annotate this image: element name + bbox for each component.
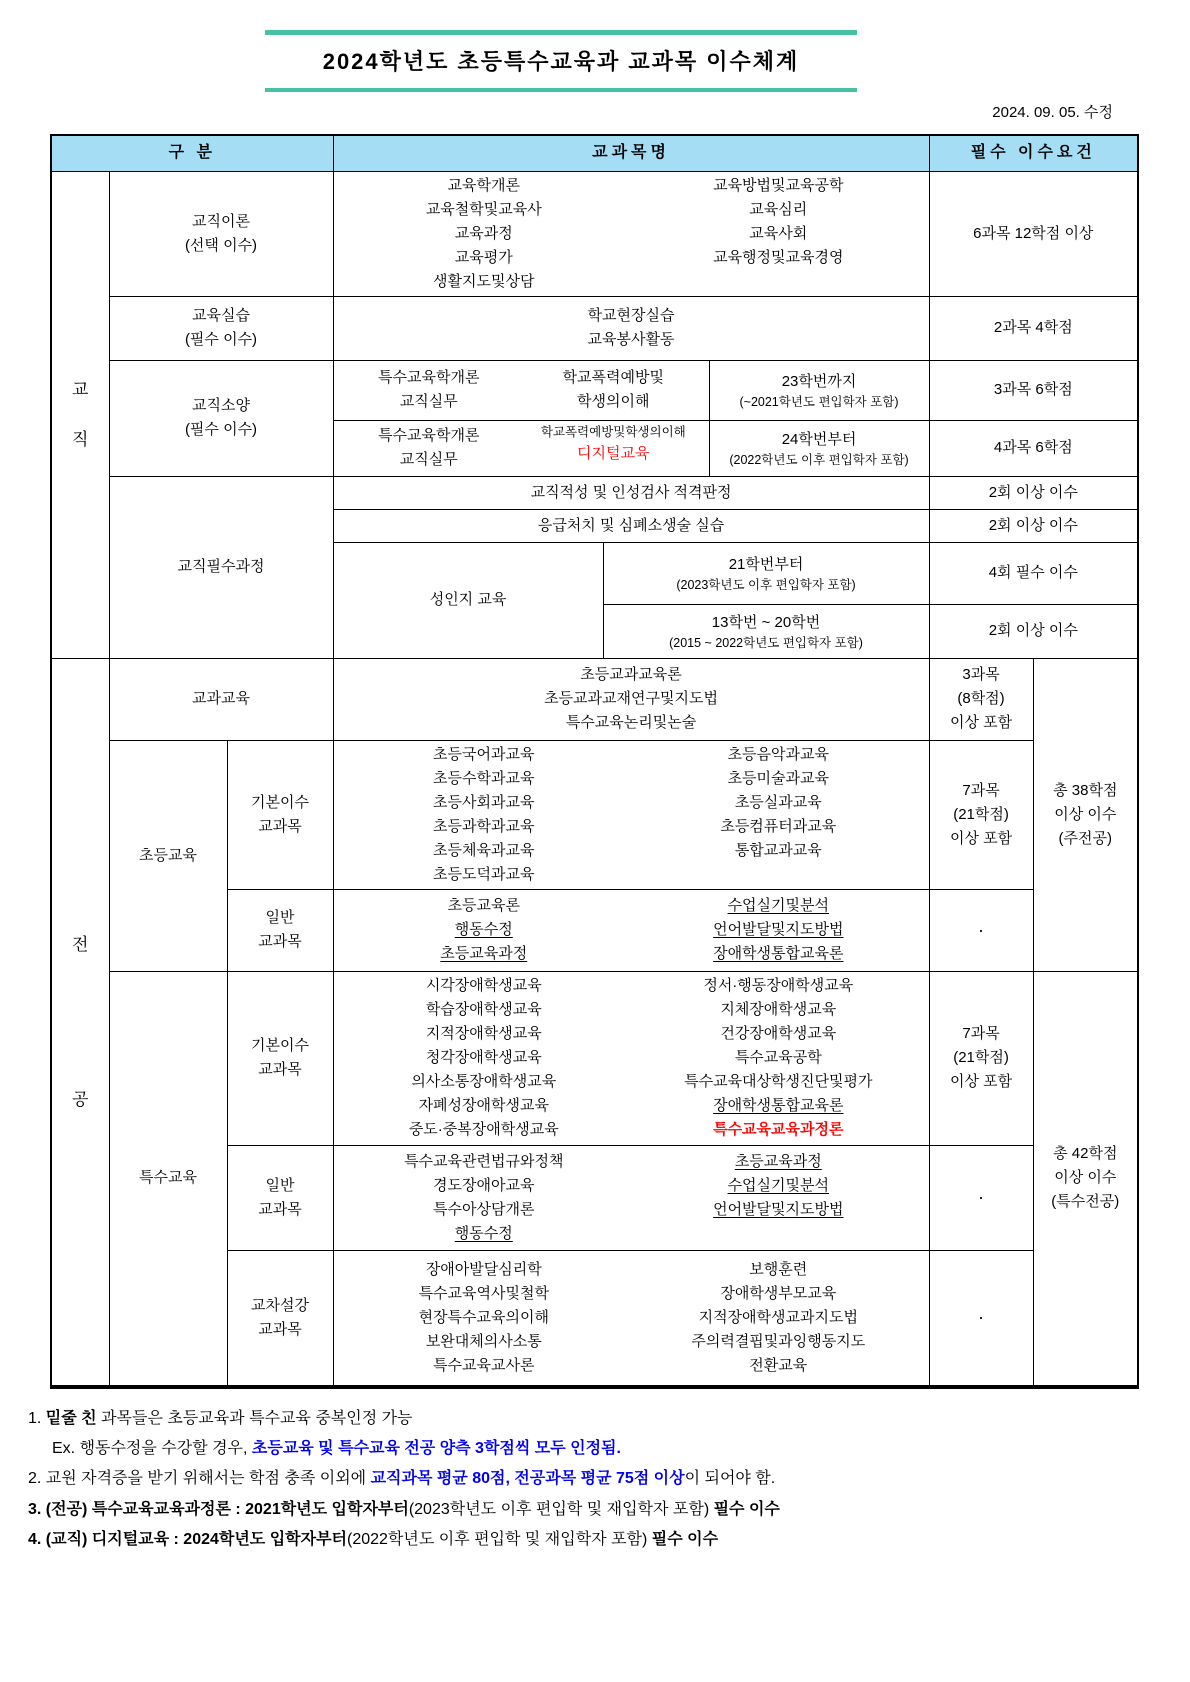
- course-item: 초등실과교육: [631, 791, 926, 815]
- courses-theory: 교육학개론교육철학및교육사교육과정교육평가생활지도및상담 교육방법및교육공학교육…: [333, 171, 929, 296]
- group-label-teaching: 교 직: [51, 171, 109, 658]
- course-item: 주의력결핍및과잉행동지도: [631, 1330, 926, 1354]
- subcategory-special-basic: 기본이수 교과목: [227, 971, 333, 1145]
- courses-theory-right: 교육방법및교육공학교육심리교육사회교육행정및교육경영: [631, 174, 926, 270]
- text-segment: Ex. 행동수정을 수강할 경우,: [52, 1440, 252, 1457]
- cohort-gender-13-note: (2015 ~ 2022학년도 편입학자 포함): [607, 635, 926, 651]
- row-special-basic: 특수교육 기본이수 교과목 시각장애학생교육학습장애학생교육지적장애학생교육청각…: [51, 971, 1138, 1145]
- course-item: 장애학생통합교육론: [631, 942, 926, 966]
- req-soyang-b: 4과목 6학점: [929, 420, 1138, 476]
- cohort-gender-21-note: (2023학년도 이후 편입학자 포함): [607, 577, 926, 593]
- req-elementary-basic: 7과목 (21학점) 이상 포함: [929, 740, 1033, 889]
- course-item: 통합교과교육: [631, 839, 926, 863]
- course-item: 수업실기및분석: [631, 894, 926, 918]
- course-item: 특수아상담개론: [337, 1198, 632, 1222]
- course-item: 초등미술과교육: [631, 767, 926, 791]
- course-item: 학교폭력예방및: [521, 366, 706, 390]
- req-gender-21: 4회 필수 이수: [929, 542, 1138, 604]
- subcategory-elementary-basic: 기본이수 교과목: [227, 740, 333, 889]
- text-segment: 밑줄 친: [46, 1410, 97, 1427]
- course-item: 특수교육학개론: [337, 424, 522, 448]
- course-item: 초등교육론: [337, 894, 632, 918]
- footnote-4: 4. (교직) 디지털교육 : 2024학년도 입학자부터(2022학년도 이후…: [28, 1528, 1190, 1551]
- course-item: 교직실무: [337, 390, 522, 414]
- req-gender-13: 2회 이상 이수: [929, 604, 1138, 658]
- cohort-gender-21: 21학번부터 (2023학년도 이후 편입학자 포함): [603, 542, 929, 604]
- course-item: 수업실기및분석: [631, 1174, 926, 1198]
- course-aptitude: 교직적성 및 인성검사 적격판정: [333, 476, 929, 509]
- courses-special-general-left: 특수교육관련법규와정책경도장애아교육특수아상담개론행동수정: [337, 1150, 632, 1246]
- course-item: 지적장애학생교과지도법: [631, 1306, 926, 1330]
- course-item: 디지털교육: [521, 442, 706, 466]
- course-item: 교육철학및교육사: [337, 198, 632, 222]
- course-item: 청각장애학생교육: [337, 1046, 632, 1070]
- course-item: 학교폭력예방및학생의이해: [521, 424, 706, 442]
- course-item: 특수교육공학: [631, 1046, 926, 1070]
- course-item: 행동수정: [337, 1222, 632, 1246]
- course-item: 초등교과교재연구및지도법: [337, 687, 926, 711]
- courses-subject-edu: 초등교과교육론초등교과교재연구및지도법특수교육논리및논술: [333, 658, 929, 740]
- cohort-soyang-b: 24학번부터 (2022학년도 이후 편입학자 포함): [709, 420, 929, 476]
- course-item: 특수교육논리및논술: [337, 711, 926, 735]
- subcategory-special-cross: 교차설강 교과목: [227, 1250, 333, 1387]
- row-elementary-basic: 초등교육 기본이수 교과목 초등국어과교육초등수학과교육초등사회과교육초등과학과…: [51, 740, 1138, 889]
- course-item: 특수교육관련법규와정책: [337, 1150, 632, 1174]
- text-segment: (2022학년도 이후 편입학 및 재입학자 포함): [347, 1531, 652, 1548]
- course-item: 특수교육교육과정론: [631, 1118, 926, 1142]
- total-special-major: 총 42학점 이상 이수 (특수전공): [1033, 971, 1138, 1387]
- header-category: 구 분: [51, 135, 333, 171]
- category-special: 특수교육: [109, 971, 227, 1387]
- req-cpr: 2회 이상 이수: [929, 509, 1138, 542]
- footnote-example: Ex. 행동수정을 수강할 경우, 초등교육 및 특수교육 전공 양측 3학점씩…: [28, 1437, 1190, 1460]
- course-item: 교육평가: [337, 246, 632, 270]
- category-subject-edu: 교과교육: [109, 658, 333, 740]
- req-special-general: ·: [929, 1145, 1033, 1250]
- course-item: 중도·중복장애학생교육: [337, 1118, 632, 1142]
- text-segment: 3. (전공) 특수교육교육과정론 : 2021학년도 입학자부터: [28, 1501, 409, 1518]
- req-practice: 2과목 4학점: [929, 296, 1138, 360]
- courses-special-cross: 장애아발달심리학특수교육역사및철학현장특수교육의이해보완대체의사소통특수교육교사…: [333, 1250, 929, 1387]
- footnote-1: 1. 밑줄 친 과목들은 초등교육과 특수교육 중복인정 가능: [28, 1407, 1190, 1430]
- courses-soyang-b-right: 학교폭력예방및학생의이해디지털교육: [521, 424, 706, 466]
- footnote-2: 2. 교원 자격증을 받기 위해서는 학점 충족 이외에 교직과목 평균 80점…: [28, 1467, 1190, 1490]
- courses-elementary-general-right: 수업실기및분석언어발달및지도방법장애학생통합교육론: [631, 894, 926, 966]
- category-required-course: 교직필수과정: [109, 476, 333, 658]
- req-theory: 6과목 12학점 이상: [929, 171, 1138, 296]
- course-item: 경도장애아교육: [337, 1174, 632, 1198]
- cohort-soyang-b-label: 24학번부터: [782, 431, 857, 448]
- category-theory: 교직이론 (선택 이수): [109, 171, 333, 296]
- course-item: 교직실무: [337, 448, 522, 472]
- subcategory-elementary-general: 일반 교과목: [227, 889, 333, 971]
- course-item: 학교현장실습: [337, 304, 926, 328]
- cohort-gender-13-label: 13학번 ~ 20학번: [712, 614, 820, 631]
- course-item: 보완대체의사소통: [337, 1330, 632, 1354]
- curriculum-table: 구 분 교과목명 필수 이수요건 교 직 교직이론 (선택 이수) 교육학개론교…: [50, 134, 1139, 1389]
- courses-soyang-b-left: 특수교육학개론교직실무: [337, 424, 522, 472]
- row-practice: 교육실습 (필수 이수) 학교현장실습교육봉사활동 2과목 4학점: [51, 296, 1138, 360]
- cohort-soyang-b-note: (2022학년도 이후 편입학자 포함): [713, 452, 926, 468]
- courses-special-basic-left: 시각장애학생교육학습장애학생교육지적장애학생교육청각장애학생교육의사소통장애학생…: [337, 974, 632, 1142]
- course-item: 초등교과교육론: [337, 663, 926, 687]
- course-item: 초등음악과교육: [631, 743, 926, 767]
- text-segment: 과목들은 초등교육과 특수교육 중복인정 가능: [97, 1410, 413, 1427]
- footnote-3: 3. (전공) 특수교육교육과정론 : 2021학년도 입학자부터(2023학년…: [28, 1498, 1190, 1521]
- req-special-cross: ·: [929, 1250, 1033, 1387]
- text-segment: (2023학년도 이후 편입학 및 재입학자 포함): [409, 1501, 714, 1518]
- courses-theory-left: 교육학개론교육철학및교육사교육과정교육평가생활지도및상담: [337, 174, 632, 294]
- title-block: 2024학년도 초등특수교육과 교과목 이수체계: [265, 30, 857, 92]
- courses-special-cross-left: 장애아발달심리학특수교육역사및철학현장특수교육의이해보완대체의사소통특수교육교사…: [337, 1258, 632, 1378]
- cohort-soyang-a: 23학번까지 (~2021학년도 편입학자 포함): [709, 360, 929, 420]
- course-item: 보행훈련: [631, 1258, 926, 1282]
- course-item: 학생의이해: [521, 390, 706, 414]
- course-item: 교육방법및교육공학: [631, 174, 926, 198]
- row-soyang-a: 교직소양 (필수 이수) 특수교육학개론교직실무 학교폭력예방및학생의이해 23…: [51, 360, 1138, 420]
- course-item: 지체장애학생교육: [631, 998, 926, 1022]
- text-segment: 초등교육 및 특수교육 전공 양측 3학점씩 모두 인정됨.: [252, 1440, 621, 1457]
- courses-elementary-basic-left: 초등국어과교육초등수학과교육초등사회과교육초등과학과교육초등체육과교육초등도덕과…: [337, 743, 632, 887]
- courses-elementary-general-left: 초등교육론행동수정초등교육과정: [337, 894, 632, 966]
- text-segment: 1.: [28, 1410, 46, 1427]
- course-item: 장애학생통합교육론: [631, 1094, 926, 1118]
- cohort-soyang-a-label: 23학번까지: [782, 373, 857, 390]
- course-item: 초등컴퓨터과교육: [631, 815, 926, 839]
- course-item: 학습장애학생교육: [337, 998, 632, 1022]
- row-theory: 교 직 교직이론 (선택 이수) 교육학개론교육철학및교육사교육과정교육평가생활…: [51, 171, 1138, 296]
- courses-special-general-right: 초등교육과정수업실기및분석언어발달및지도방법: [631, 1150, 926, 1222]
- header-requirement: 필수 이수요건: [929, 135, 1138, 171]
- req-special-basic: 7과목 (21학점) 이상 포함: [929, 971, 1033, 1145]
- courses-soyang-a-right: 학교폭력예방및학생의이해: [521, 366, 706, 414]
- text-segment: 이 되어야 함.: [685, 1470, 776, 1487]
- text-segment: 4. (교직) 디지털교육 : 2024학년도 입학자부터: [28, 1531, 347, 1548]
- course-item: 초등수학과교육: [337, 767, 632, 791]
- course-item: 시각장애학생교육: [337, 974, 632, 998]
- course-item: 현장특수교육의이해: [337, 1306, 632, 1330]
- req-aptitude: 2회 이상 이수: [929, 476, 1138, 509]
- cohort-gender-13: 13학번 ~ 20학번 (2015 ~ 2022학년도 편입학자 포함): [603, 604, 929, 658]
- row-subject-edu: 전 공 교과교육 초등교과교육론초등교과교재연구및지도법특수교육논리및논술 3과…: [51, 658, 1138, 740]
- course-item: 자폐성장애학생교육: [337, 1094, 632, 1118]
- courses-soyang-a: 특수교육학개론교직실무 학교폭력예방및학생의이해: [333, 360, 709, 420]
- course-item: 지적장애학생교육: [337, 1022, 632, 1046]
- course-item: 의사소통장애학생교육: [337, 1070, 632, 1094]
- course-cpr: 응급처치 및 심폐소생술 실습: [333, 509, 929, 542]
- text-segment: 2. 교원 자격증을 받기 위해서는 학점 충족 이외에: [28, 1470, 371, 1487]
- cohort-soyang-a-note: (~2021학년도 편입학자 포함): [713, 394, 926, 410]
- course-item: 교육학개론: [337, 174, 632, 198]
- courses-special-general: 특수교육관련법규와정책경도장애아교육특수아상담개론행동수정 초등교육과정수업실기…: [333, 1145, 929, 1250]
- courses-soyang-a-left: 특수교육학개론교직실무: [337, 366, 522, 414]
- course-item: 정서·행동장애학생교육: [631, 974, 926, 998]
- total-main-major: 총 38학점 이상 이수 (주전공): [1033, 658, 1138, 971]
- course-item: 초등도덕과교육: [337, 863, 632, 887]
- course-item: 교육심리: [631, 198, 926, 222]
- group-label-major: 전 공: [51, 658, 109, 1387]
- text-segment: 필수 이수: [714, 1501, 780, 1518]
- course-item: 특수교육대상학생진단및평가: [631, 1070, 926, 1094]
- req-subject-edu: 3과목 (8학점) 이상 포함: [929, 658, 1033, 740]
- req-elementary-general: ·: [929, 889, 1033, 971]
- course-item: 특수교육역사및철학: [337, 1282, 632, 1306]
- footnotes: 1. 밑줄 친 과목들은 초등교육과 특수교육 중복인정 가능 Ex. 행동수정…: [28, 1407, 1190, 1551]
- subcategory-special-general: 일반 교과목: [227, 1145, 333, 1250]
- course-gender: 성인지 교육: [333, 542, 603, 658]
- course-item: 교육봉사활동: [337, 328, 926, 352]
- text-segment: 교직과목 평균 80점, 전공과목 평균 75점 이상: [371, 1470, 685, 1487]
- courses-elementary-basic: 초등국어과교육초등수학과교육초등사회과교육초등과학과교육초등체육과교육초등도덕과…: [333, 740, 929, 889]
- courses-elementary-general: 초등교육론행동수정초등교육과정 수업실기및분석언어발달및지도방법장애학생통합교육…: [333, 889, 929, 971]
- course-item: 교육과정: [337, 222, 632, 246]
- course-item: 초등체육과교육: [337, 839, 632, 863]
- course-item: 초등사회과교육: [337, 791, 632, 815]
- courses-special-basic: 시각장애학생교육학습장애학생교육지적장애학생교육청각장애학생교육의사소통장애학생…: [333, 971, 929, 1145]
- text-segment: 필수 이수: [652, 1531, 718, 1548]
- req-soyang-a: 3과목 6학점: [929, 360, 1138, 420]
- course-item: 초등교육과정: [631, 1150, 926, 1174]
- course-item: 초등과학과교육: [337, 815, 632, 839]
- row-aptitude: 교직필수과정 교직적성 및 인성검사 적격판정 2회 이상 이수: [51, 476, 1138, 509]
- course-item: 특수교육학개론: [337, 366, 522, 390]
- course-item: 행동수정: [337, 918, 632, 942]
- course-item: 초등교육과정: [337, 942, 632, 966]
- courses-practice: 학교현장실습교육봉사활동: [333, 296, 929, 360]
- revision-date: 2024. 09. 05. 수정: [0, 101, 1113, 122]
- courses-elementary-basic-right: 초등음악과교육초등미술과교육초등실과교육초등컴퓨터과교육통합교과교육: [631, 743, 926, 863]
- course-item: 장애학생부모교육: [631, 1282, 926, 1306]
- header-course-name: 교과목명: [333, 135, 929, 171]
- category-practice: 교육실습 (필수 이수): [109, 296, 333, 360]
- course-item: 생활지도및상담: [337, 270, 632, 294]
- course-item: 건강장애학생교육: [631, 1022, 926, 1046]
- courses-soyang-b: 특수교육학개론교직실무 학교폭력예방및학생의이해디지털교육: [333, 420, 709, 476]
- cohort-gender-21-label: 21학번부터: [729, 556, 804, 573]
- category-soyang: 교직소양 (필수 이수): [109, 360, 333, 476]
- course-item: 장애아발달심리학: [337, 1258, 632, 1282]
- category-elementary: 초등교육: [109, 740, 227, 971]
- course-item: 교육사회: [631, 222, 926, 246]
- courses-special-basic-right: 정서·행동장애학생교육지체장애학생교육건강장애학생교육특수교육공학특수교육대상학…: [631, 974, 926, 1142]
- course-item: 언어발달및지도방법: [631, 1198, 926, 1222]
- page-title: 2024학년도 초등특수교육과 교과목 이수체계: [265, 45, 857, 76]
- courses-special-cross-right: 보행훈련장애학생부모교육지적장애학생교과지도법주의력결핍및과잉행동지도전환교육: [631, 1258, 926, 1378]
- course-item: 초등국어과교육: [337, 743, 632, 767]
- course-item: 교육행정및교육경영: [631, 246, 926, 270]
- document-page: 2024학년도 초등특수교육과 교과목 이수체계 2024. 09. 05. 수…: [0, 0, 1190, 1551]
- table-header-row: 구 분 교과목명 필수 이수요건: [51, 135, 1138, 171]
- course-item: 전환교육: [631, 1354, 926, 1378]
- course-item: 특수교육교사론: [337, 1354, 632, 1378]
- course-item: 언어발달및지도방법: [631, 918, 926, 942]
